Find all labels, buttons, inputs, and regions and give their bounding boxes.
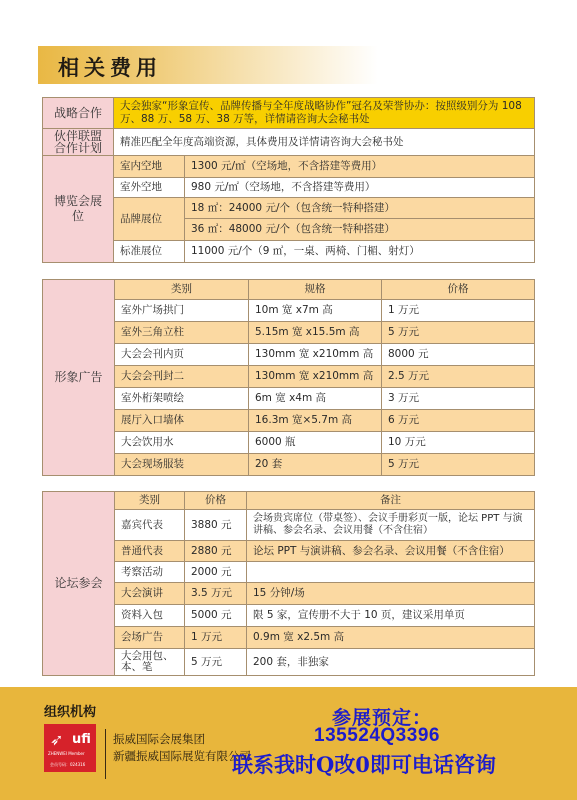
price-cell: 1 万元 [185,627,247,649]
sponsorship-booth-table: 战略合作 大会独家“形象宣传、品牌传播与全年度战略协作”冠名及荣誉协办：按照级别… [42,97,535,263]
price-cell: 8000 元 [382,344,535,366]
type-cell: 大会演讲 [115,583,185,605]
table-row: 室外广场拱门 10m 宽 x7m 高 1 万元 [43,300,535,322]
category-cell: 伙伴联盟合作计划 [43,129,114,156]
note-cell: 200 套，非独家 [247,649,535,676]
table-row: 大会饮用水 6000 瓶 10 万元 [43,432,535,454]
table-header-row: 形象广告 类别 规格 价格 [43,280,535,300]
type-cell: 资料入包 [115,605,185,627]
price-cell: 3.5 万元 [185,583,247,605]
page-title: 相关费用 [58,52,162,82]
table-row: 考察活动 2000 元 [43,562,535,583]
category-cell: 形象广告 [43,280,115,476]
spec-cell: 10m 宽 x7m 高 [249,300,382,322]
price-cell: 1 万元 [382,300,535,322]
footer-organizer: 组织机构 ➶ ufi ZHENWEI Member 会员号码：024316 振威… [0,687,577,800]
price-cell: 11000 元/个（9 ㎡，一桌、两椅、门楣、射灯） [185,241,535,263]
ufi-logo-text: ufi [72,732,91,747]
type-cell: 室外广场拱门 [115,300,249,322]
price-cell: 18 ㎡：24000 元/个（包含统一特种搭建） [185,198,535,219]
type-cell: 展厅入口墙体 [115,410,249,432]
desc-cell: 精准匹配全年度高端资源，具体费用及详情请咨询大会秘书处 [114,129,535,156]
spec-cell: 6000 瓶 [249,432,382,454]
organizer-heading: 组织机构 [44,701,96,720]
logo-member-number: 会员号码：024316 [50,762,85,768]
type-cell: 品牌展位 [114,198,185,241]
price-cell: 2000 元 [185,562,247,583]
type-cell: 考察活动 [115,562,185,583]
note-cell: 论坛 PPT 与演讲稿、参会名录、会议用餐（不含住宿） [247,541,535,562]
price-cell: 980 元/㎡（空场地，不含搭建等费用） [185,178,535,198]
price-cell: 1300 元/㎡（空场地，不含搭建等费用） [185,156,535,178]
company-name-group: 振威国际会展集团 [113,731,205,747]
desc-cell: 大会独家“形象宣传、品牌传播与全年度战略协作”冠名及荣誉协办：按照级别分为 10… [114,98,535,129]
type-cell: 大会用包、本、笔 [115,649,185,676]
logo-subtitle: ZHENWEI Member [48,751,85,756]
note-cell: 限 5 家，宣传册不大于 10 页，建议采用单页 [247,605,535,627]
type-cell: 大会会刊封二 [115,366,249,388]
type-cell: 标准展位 [114,241,185,263]
price-cell: 2.5 万元 [382,366,535,388]
type-cell: 室外三角立柱 [115,322,249,344]
table-row: 品牌展位 18 ㎡：24000 元/个（包含统一特种搭建） [43,198,535,219]
advertising-table: 形象广告 类别 规格 价格 室外广场拱门 10m 宽 x7m 高 1 万元 室外… [42,279,535,476]
spec-cell: 16.3m 宽×5.7m 高 [249,410,382,432]
price-cell: 5000 元 [185,605,247,627]
type-cell: 大会会刊内页 [115,344,249,366]
table-row: 伙伴联盟合作计划 精准匹配全年度高端资源，具体费用及详情请咨询大会秘书处 [43,129,535,156]
contact-note: 联系我时Q改0即可电话咨询 [232,749,496,779]
type-cell: 大会现场服装 [115,454,249,476]
price-cell: 3880 元 [185,510,247,541]
type-cell: 嘉宾代表 [115,510,185,541]
column-header: 价格 [185,492,247,510]
bird-logo-icon: ➶ [50,730,63,749]
price-cell: 2880 元 [185,541,247,562]
forum-table: 论坛参会 类别 价格 备注 嘉宾代表 3880 元 会场贵宾席位（带桌签）、会议… [42,491,535,676]
column-header: 类别 [115,492,185,510]
table-row: 大会现场服装 20 套 5 万元 [43,454,535,476]
price-cell: 36 ㎡：48000 元/个（包含统一特种搭建） [185,219,535,241]
type-cell: 室外桁架喷绘 [115,388,249,410]
spec-cell: 5.15m 宽 x15.5m 高 [249,322,382,344]
note-cell: 会场贵宾席位（带桌签）、会议手册彩页一版，论坛 PPT 与演讲稿、参会名录、会议… [247,510,535,541]
table-row: 大会演讲 3.5 万元 15 分钟/场 [43,583,535,605]
type-cell: 会场广告 [115,627,185,649]
column-header: 规格 [249,280,382,300]
note-cell: 0.9m 宽 x2.5m 高 [247,627,535,649]
table-row: 大会会刊内页 130mm 宽 x210mm 高 8000 元 [43,344,535,366]
section-title-bar: 相关费用 [38,46,378,84]
price-cell: 10 万元 [382,432,535,454]
company-name-subsidiary: 新疆振威国际展览有限公司 [113,748,251,764]
price-cell: 3 万元 [382,388,535,410]
type-cell: 室内空地 [114,156,185,178]
table-row: 资料入包 5000 元 限 5 家，宣传册不大于 10 页，建议采用单页 [43,605,535,627]
note-cell [247,562,535,583]
category-cell: 战略合作 [43,98,114,129]
type-cell: 室外空地 [114,178,185,198]
table-row: 嘉宾代表 3880 元 会场贵宾席位（带桌签）、会议手册彩页一版，论坛 PPT … [43,510,535,541]
type-cell: 大会饮用水 [115,432,249,454]
spec-cell: 20 套 [249,454,382,476]
table-row: 标准展位 11000 元/个（9 ㎡，一桌、两椅、门楣、射灯） [43,241,535,263]
table-header-row: 论坛参会 类别 价格 备注 [43,492,535,510]
category-cell: 论坛参会 [43,492,115,676]
price-cell: 6 万元 [382,410,535,432]
table-row: 博览会展位 室内空地 1300 元/㎡（空场地，不含搭建等费用） [43,156,535,178]
table-row: 室外三角立柱 5.15m 宽 x15.5m 高 5 万元 [43,322,535,344]
column-header: 备注 [247,492,535,510]
table-row: 室外空地 980 元/㎡（空场地，不含搭建等费用） [43,178,535,198]
spec-cell: 130mm 宽 x210mm 高 [249,366,382,388]
type-cell: 普通代表 [115,541,185,562]
price-cell: 5 万元 [382,322,535,344]
spec-cell: 130mm 宽 x210mm 高 [249,344,382,366]
column-header: 价格 [382,280,535,300]
table-row: 会场广告 1 万元 0.9m 宽 x2.5m 高 [43,627,535,649]
note-cell: 15 分钟/场 [247,583,535,605]
price-cell: 5 万元 [382,454,535,476]
column-header: 类别 [115,280,249,300]
table-row: 室外桁架喷绘 6m 宽 x4m 高 3 万元 [43,388,535,410]
table-row: 大会会刊封二 130mm 宽 x210mm 高 2.5 万元 [43,366,535,388]
organizer-logo: ➶ ufi ZHENWEI Member 会员号码：024316 [44,724,96,772]
table-row: 普通代表 2880 元 论坛 PPT 与演讲稿、参会名录、会议用餐（不含住宿） [43,541,535,562]
booking-phone: 135524Q3396 [314,725,440,747]
table-row: 大会用包、本、笔 5 万元 200 套，非独家 [43,649,535,676]
table-row: 战略合作 大会独家“形象宣传、品牌传播与全年度战略协作”冠名及荣誉协办：按照级别… [43,98,535,129]
price-cell: 5 万元 [185,649,247,676]
spec-cell: 6m 宽 x4m 高 [249,388,382,410]
table-row: 展厅入口墙体 16.3m 宽×5.7m 高 6 万元 [43,410,535,432]
category-cell: 博览会展位 [43,156,114,263]
divider [105,729,106,779]
